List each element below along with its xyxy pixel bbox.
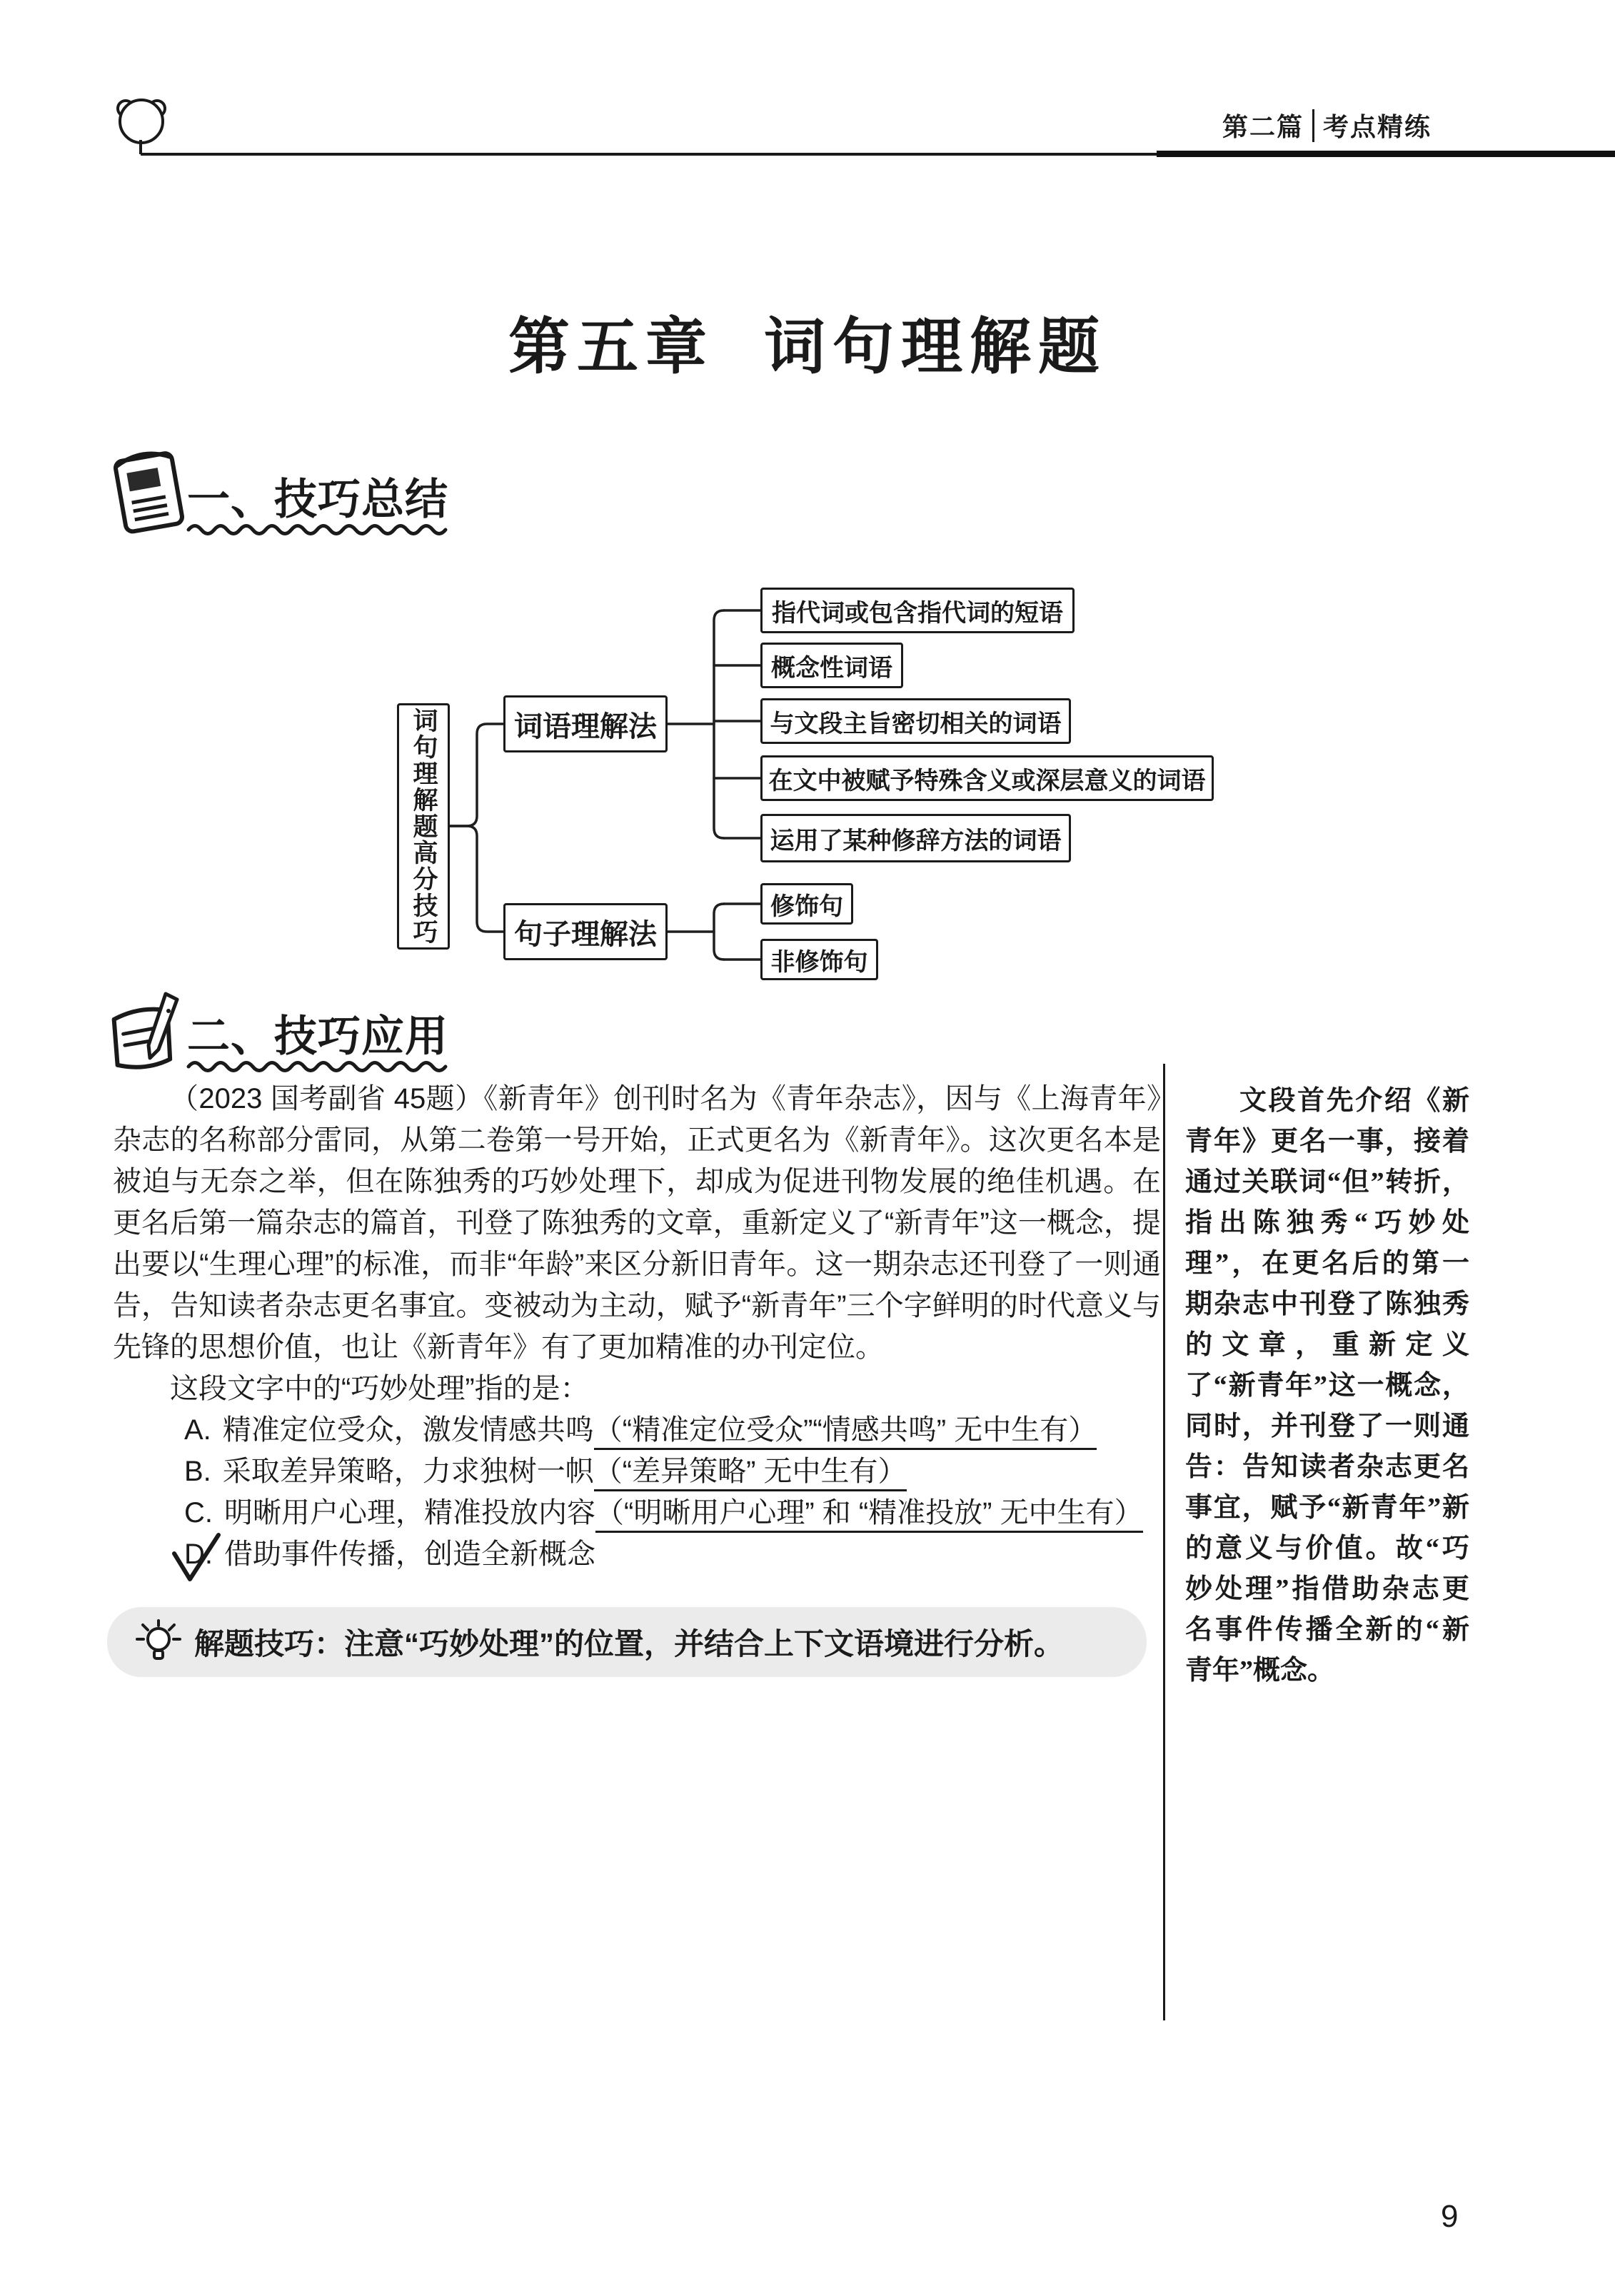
lightbulb-icon <box>136 1619 181 1665</box>
section-1-heading: 一、技巧总结 <box>187 465 448 527</box>
header-section-label: 考点精练 <box>1323 107 1432 143</box>
option-a-text: 精准定位受众，激发情感共鸣 <box>223 1414 594 1446</box>
option-b-note: （“差异策略” 无中生有） <box>594 1456 907 1491</box>
option-c-note: （“明晰用户心理” 和 “精准投放” 无中生有） <box>595 1497 1143 1533</box>
passage-paragraph: （2023 国考副省 45题）《新青年》创刊时名为《青年杂志》，因与《上海青年》… <box>113 1078 1161 1368</box>
mind-map-root: 词句理解题高分技巧 <box>397 703 450 950</box>
textbook-page: 第二篇 考点精练 第五章词句理解题 一、技巧总结 <box>0 0 1615 2296</box>
header-part-label: 第二篇 <box>1222 107 1304 143</box>
page-number: 9 <box>1441 2199 1458 2235</box>
chapter-name: 词句理解题 <box>764 313 1107 381</box>
branch-sentence-method: 句子理解法 <box>503 903 668 960</box>
option-a[interactable]: A.精准定位受众，激发情感共鸣（“精准定位受众”“情感共鸣” 无中生有） <box>113 1409 1161 1451</box>
leaf-pronoun-phrases: 指代词或包含指代词的短语 <box>760 588 1075 633</box>
leaf-rhetorical-words: 运用了某种修辞方法的词语 <box>760 814 1071 862</box>
option-b[interactable]: B.采取差异策略，力求独树一帜（“差异策略” 无中生有） <box>113 1451 1161 1492</box>
option-c[interactable]: C.明晰用户心理，精准投放内容（“明晰用户心理” 和 “精准投放” 无中生有） <box>113 1492 1161 1534</box>
option-a-label: A. <box>184 1414 211 1446</box>
answer-checkmark <box>168 1531 224 1586</box>
leaf-theme-related-words: 与文段主旨密切相关的词语 <box>760 698 1071 744</box>
passage-text: 《新青年》创刊时名为《青年杂志》，因与《上海青年》杂志的名称部分雷同，从第二卷第… <box>113 1083 1161 1363</box>
question-stem: 这段文字中的“巧妙处理”指的是： <box>113 1368 1161 1409</box>
option-c-text: 明晰用户心理，精准投放内容 <box>224 1497 595 1529</box>
leaf-conceptual-words: 概念性词语 <box>760 643 903 688</box>
option-b-label: B. <box>184 1456 211 1487</box>
techniques-mind-map: 词句理解题高分技巧 词语理解法 句子理解法 指代词或包含指代词的短语 概念性词语… <box>386 571 1257 1014</box>
option-d[interactable]: D.借助事件传播，创造全新概念 <box>113 1534 1161 1575</box>
option-d-text: 借助事件传播，创造全新概念 <box>224 1539 595 1570</box>
tip-body: 注意“巧妙处理”的位置，并结合上下文语境进行分析。 <box>344 1627 1064 1661</box>
margin-annotation: 文段首先介绍《新青年》更名一事，接着通过关联词“但”转折，指出陈独秀“巧妙处理”… <box>1185 1081 1469 1691</box>
leaf-modified-sentence: 修饰句 <box>760 883 853 925</box>
option-a-note: （“精准定位受众”“情感共鸣” 无中生有） <box>594 1414 1097 1450</box>
tip-text: 解题技巧：注意“巧妙处理”的位置，并结合上下文语境进行分析。 <box>194 1621 1064 1663</box>
section-2-heading: 二、技巧应用 <box>187 1002 448 1064</box>
header-rule-thick <box>1157 151 1615 157</box>
bear-head-icon <box>114 97 168 144</box>
header-rule-thin <box>141 153 1157 156</box>
option-c-label: C. <box>184 1497 213 1529</box>
pen-paper-icon <box>103 990 193 1077</box>
chapter-title: 第五章词句理解题 <box>0 297 1615 386</box>
leaf-special-meaning-words: 在文中被赋予特殊含义或深层意义的词语 <box>760 755 1214 801</box>
exercise-block: （2023 国考副省 45题）《新青年》创刊时名为《青年杂志》，因与《上海青年》… <box>113 1078 1161 1575</box>
option-b-text: 采取差异策略，力求独树一帜 <box>223 1456 594 1487</box>
tip-label: 解题技巧： <box>194 1627 344 1661</box>
branch-word-method: 词语理解法 <box>503 695 668 752</box>
header-divider <box>1312 109 1314 142</box>
wavy-underline-1 <box>186 520 457 537</box>
question-source: （2023 国考副省 45题） <box>170 1083 483 1114</box>
running-header: 第二篇 考点精练 <box>1222 107 1432 143</box>
solving-tip-box: 解题技巧：注意“巧妙处理”的位置，并结合上下文语境进行分析。 <box>107 1607 1147 1677</box>
notebook-icon <box>104 437 191 537</box>
bear-stem-line <box>139 140 142 154</box>
chapter-number: 第五章 <box>508 313 714 381</box>
margin-divider-line <box>1163 1064 1165 2020</box>
leaf-unmodified-sentence: 非修饰句 <box>760 939 878 980</box>
wavy-underline-2 <box>186 1057 457 1074</box>
